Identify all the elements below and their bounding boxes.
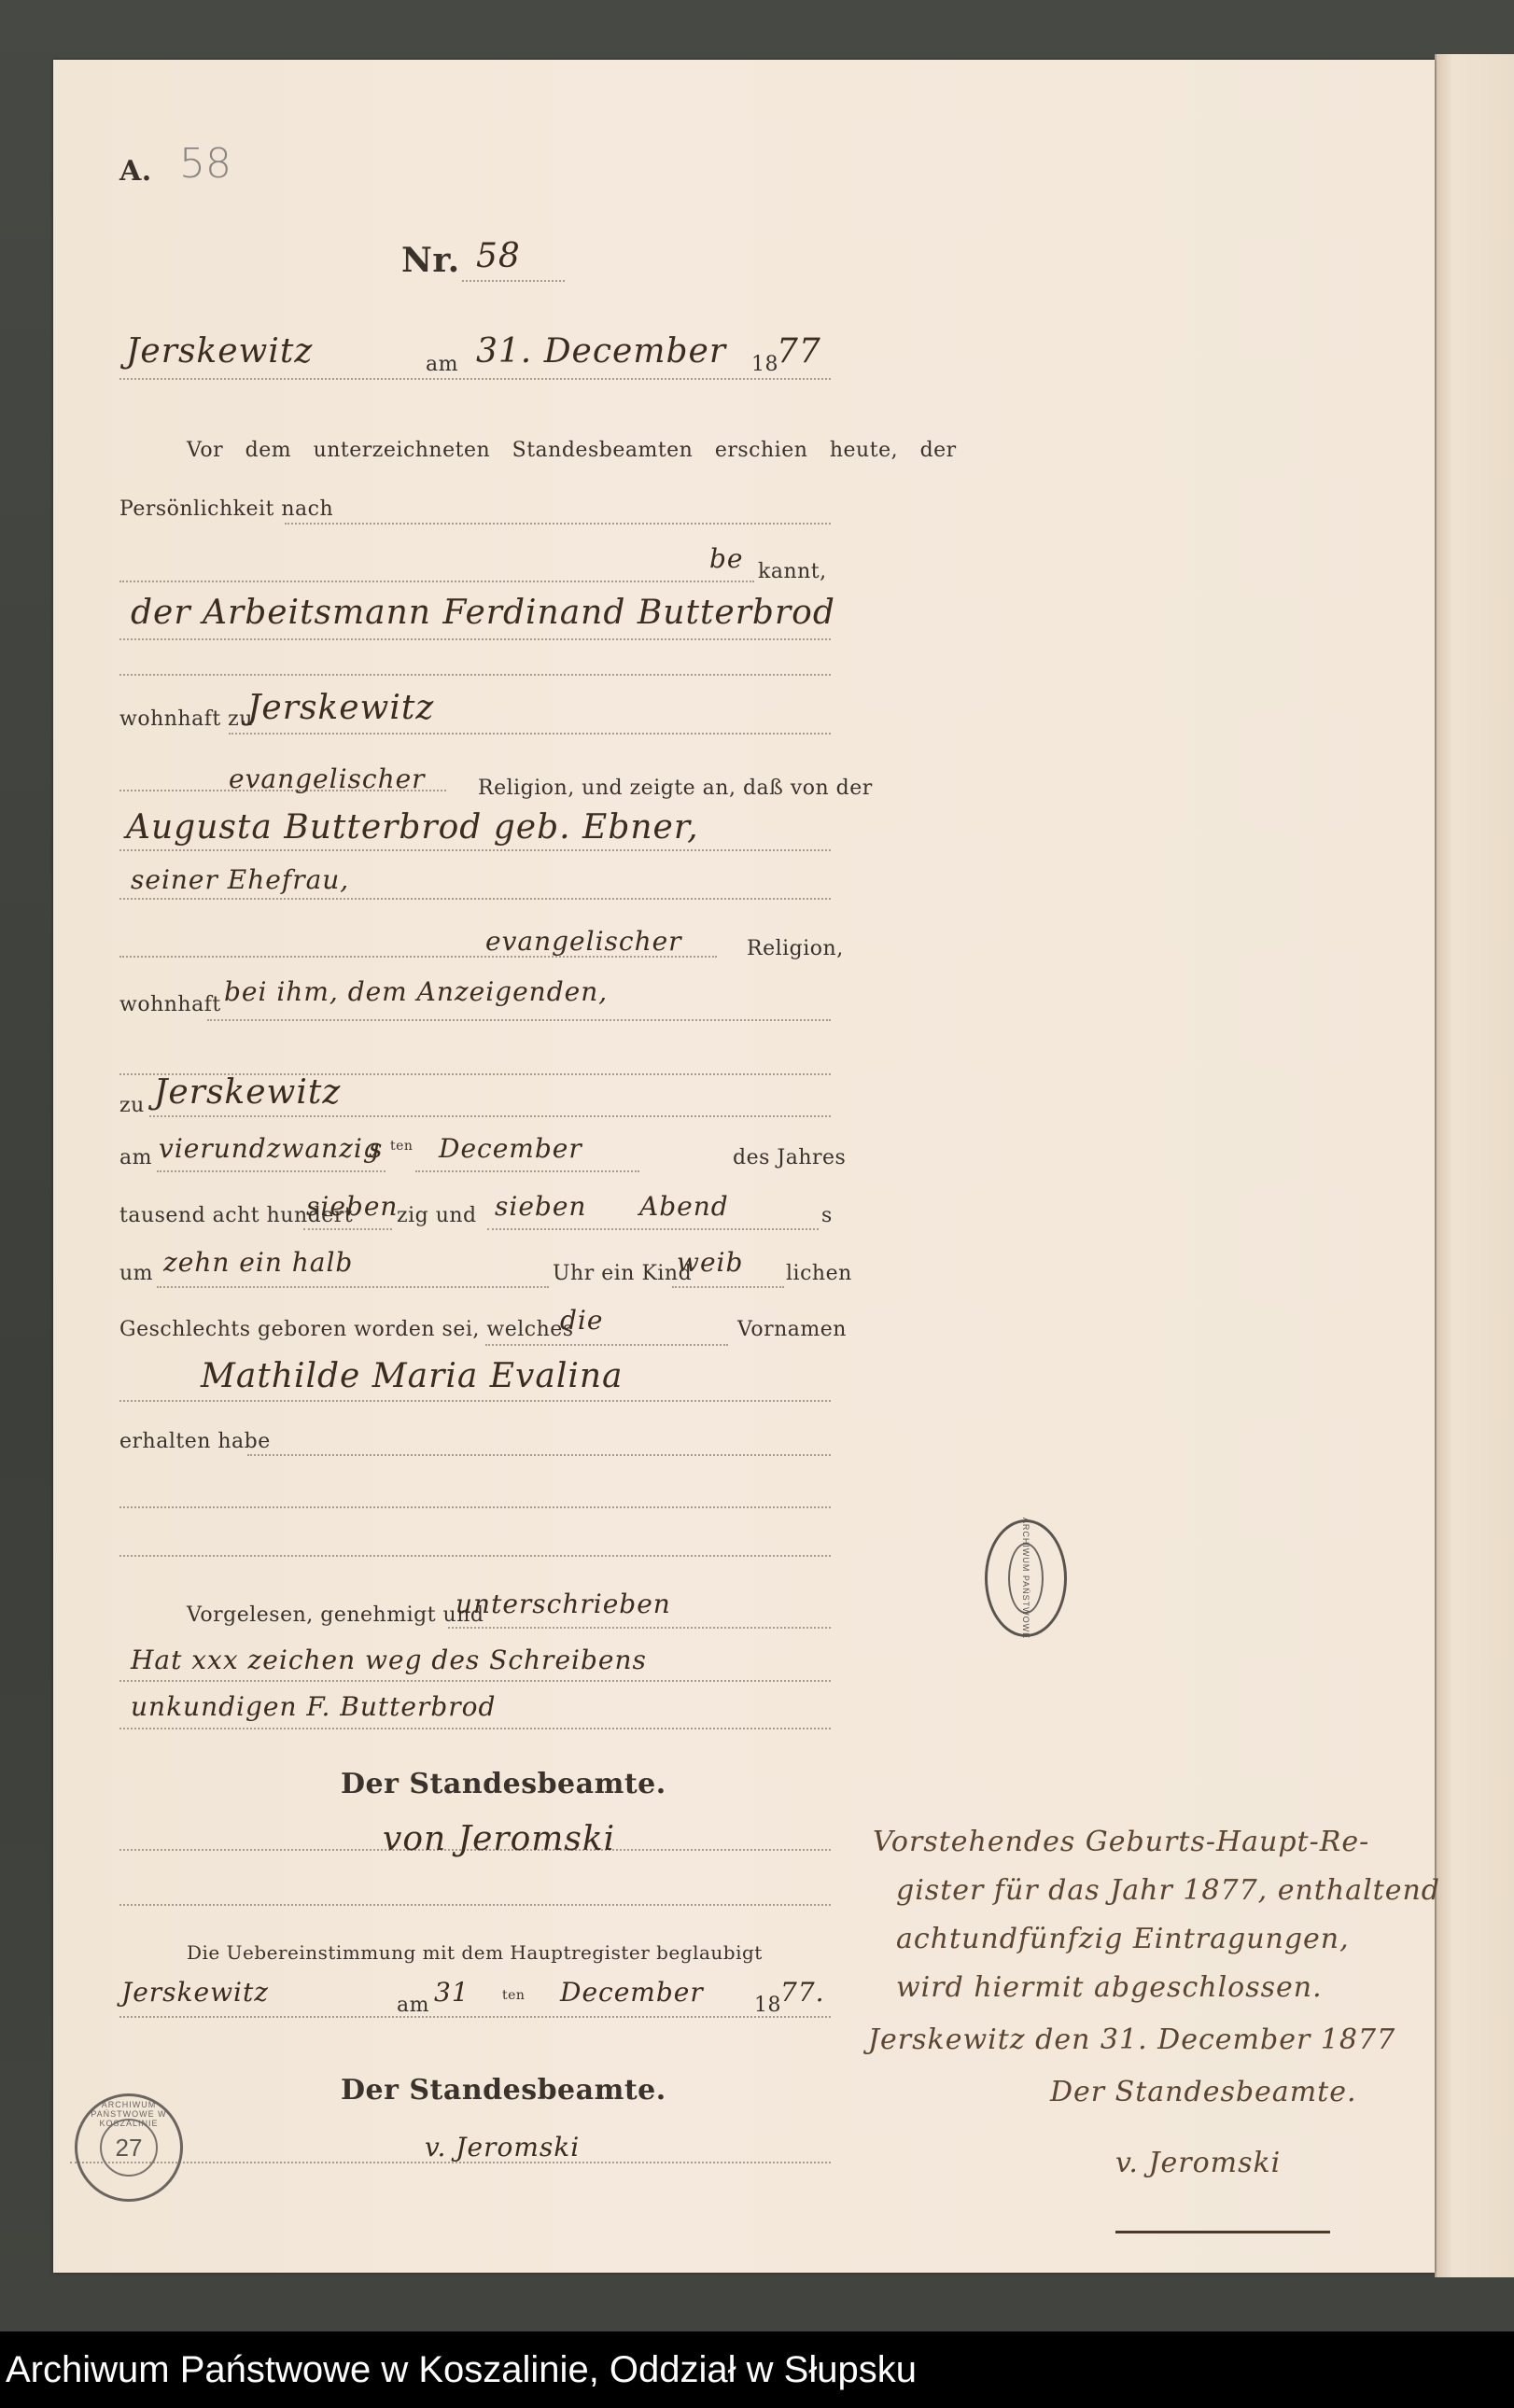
closing-note-signature: v. Jeromski	[1115, 2147, 1281, 2179]
registration-place: Jerskewitz	[126, 332, 313, 371]
year-suffix: 77	[777, 332, 821, 371]
child-names: Mathilde Maria Evalina	[201, 1357, 624, 1395]
informant-name: der Arbeitsmann Ferdinand Butterbrod	[131, 594, 835, 632]
informant-residence: Jerskewitz	[247, 689, 434, 727]
oval-stamp-text: ARCHIWUM PAŃSTWOWE	[1021, 1518, 1030, 1639]
lichen-label: lichen	[786, 1262, 852, 1285]
closing-note-line: Der Standesbeamte.	[1050, 2068, 1440, 2117]
day-suffix-hand: s	[369, 1133, 383, 1164]
zu-label: zu	[119, 1094, 145, 1117]
vornamen-label: Vornamen	[737, 1318, 847, 1341]
birth-day: vierundzwanzig	[159, 1133, 381, 1164]
bekannt-prefix: be	[709, 543, 744, 574]
s-label: s	[821, 1204, 833, 1227]
religion-label-2: Religion,	[747, 937, 844, 960]
certification-text: Die Uebereinstimmung mit dem Hauptregist…	[187, 1941, 763, 1964]
time-of-day: Abend	[639, 1191, 729, 1222]
closing-note: Vorstehendes Geburts-Haupt-Re- gister fü…	[863, 1818, 1440, 2117]
registration-date: 31. December	[476, 332, 726, 371]
vorgelesen-label: Vorgelesen, genehmigt und	[187, 1603, 484, 1627]
adjacent-page-edge	[1435, 54, 1514, 2277]
persoenlichkeit-label: Persönlichkeit nach	[119, 497, 333, 521]
zig-und-label: zig und	[397, 1204, 477, 1227]
official-signature-1: von Jeromski	[383, 1820, 615, 1858]
pencil-number: 58	[179, 140, 231, 188]
archive-oval-stamp: ARCHIWUM PAŃSTWOWE	[985, 1519, 1067, 1637]
record-number: 58	[476, 237, 521, 275]
wohnhaft-zu-label: wohnhaft zu	[119, 707, 253, 731]
form-letter: A.	[119, 155, 152, 188]
cert-ten-label: ten	[502, 1988, 525, 2003]
closing-note-line: achtundfünfzig Eintragungen,	[896, 1915, 1440, 1964]
official-title-1: Der Standesbeamte.	[341, 1768, 666, 1800]
intro-text: Vor dem unterzeichneten Standesbeamten e…	[187, 439, 957, 462]
closing-note-line: wird hiermit abgeschlossen.	[896, 1964, 1440, 2012]
birth-year-unit: sieben	[495, 1191, 586, 1222]
religion-text-1: Religion, und zeigte an, daß von der	[478, 777, 873, 800]
des-jahres-label: des Jahres	[733, 1146, 846, 1169]
year-prefix: 18	[751, 353, 778, 376]
um-label: um	[119, 1262, 153, 1285]
wohnhaft-label: wohnhaft	[119, 993, 221, 1016]
geschlechts-label: Geschlechts geboren worden sei, welches	[119, 1318, 574, 1341]
signature-line-2: unkundigen F. Butterbrod	[131, 1691, 496, 1722]
signature-underline	[1115, 2231, 1330, 2233]
cert-year-suffix: 77.	[780, 1977, 825, 2008]
cert-place: Jerskewitz	[121, 1977, 269, 2008]
am-label: am	[426, 353, 458, 376]
official-title-2: Der Standesbeamte.	[341, 2074, 666, 2107]
birth-hour: zehn ein halb	[163, 1247, 353, 1278]
vorgelesen-value: unterschrieben	[456, 1589, 671, 1619]
mother-religion: evangelischer	[485, 926, 682, 957]
informant-religion: evangelischer	[229, 763, 426, 794]
am-label-birth: am	[119, 1146, 152, 1169]
cert-month: December	[560, 1977, 704, 2008]
birth-place: Jerskewitz	[154, 1073, 341, 1112]
closing-note-line: Vorstehendes Geburts-Haupt-Re-	[873, 1818, 1440, 1867]
mother-residence: bei ihm, dem Anzeigenden,	[224, 976, 608, 1007]
birth-month: December	[439, 1133, 582, 1164]
birth-decade: sieben	[306, 1191, 398, 1222]
archive-round-stamp: ARCHIWUM PAŃSTWOWE W KOSZALINIE 27	[75, 2093, 183, 2202]
round-stamp-text: ARCHIWUM PAŃSTWOWE W KOSZALINIE	[77, 2100, 180, 2128]
erhalten-label: erhalten habe	[119, 1430, 271, 1453]
record-label: Nr.	[401, 241, 460, 280]
closing-note-line: Jerskewitz den 31. December 1877	[868, 2012, 1440, 2068]
cert-am-label: am	[397, 1994, 429, 2017]
signature-line-1: Hat xxx zeichen weg des Schreibens	[131, 1645, 647, 1675]
mother-name: Augusta Butterbrod geb. Ebner,	[126, 808, 699, 847]
cert-year-prefix: 18	[754, 1994, 781, 2017]
article: die	[560, 1305, 603, 1336]
child-sex: weib	[677, 1247, 743, 1278]
archive-caption: Archiwum Państwowe w Koszalinie, Oddział…	[0, 2349, 917, 2391]
day-suffix-print: ten	[390, 1139, 413, 1154]
cert-day: 31	[434, 1977, 470, 2008]
official-signature-2: v. Jeromski	[425, 2132, 580, 2163]
bekannt-label: kannt,	[758, 560, 827, 583]
closing-note-line: gister für das Jahr 1877, enthaltend	[896, 1867, 1440, 1915]
relation: seiner Ehefrau,	[131, 864, 349, 895]
archive-caption-bar: Archiwum Państwowe w Koszalinie, Oddział…	[0, 2331, 1514, 2408]
uhr-kind-label: Uhr ein Kind	[553, 1262, 692, 1285]
